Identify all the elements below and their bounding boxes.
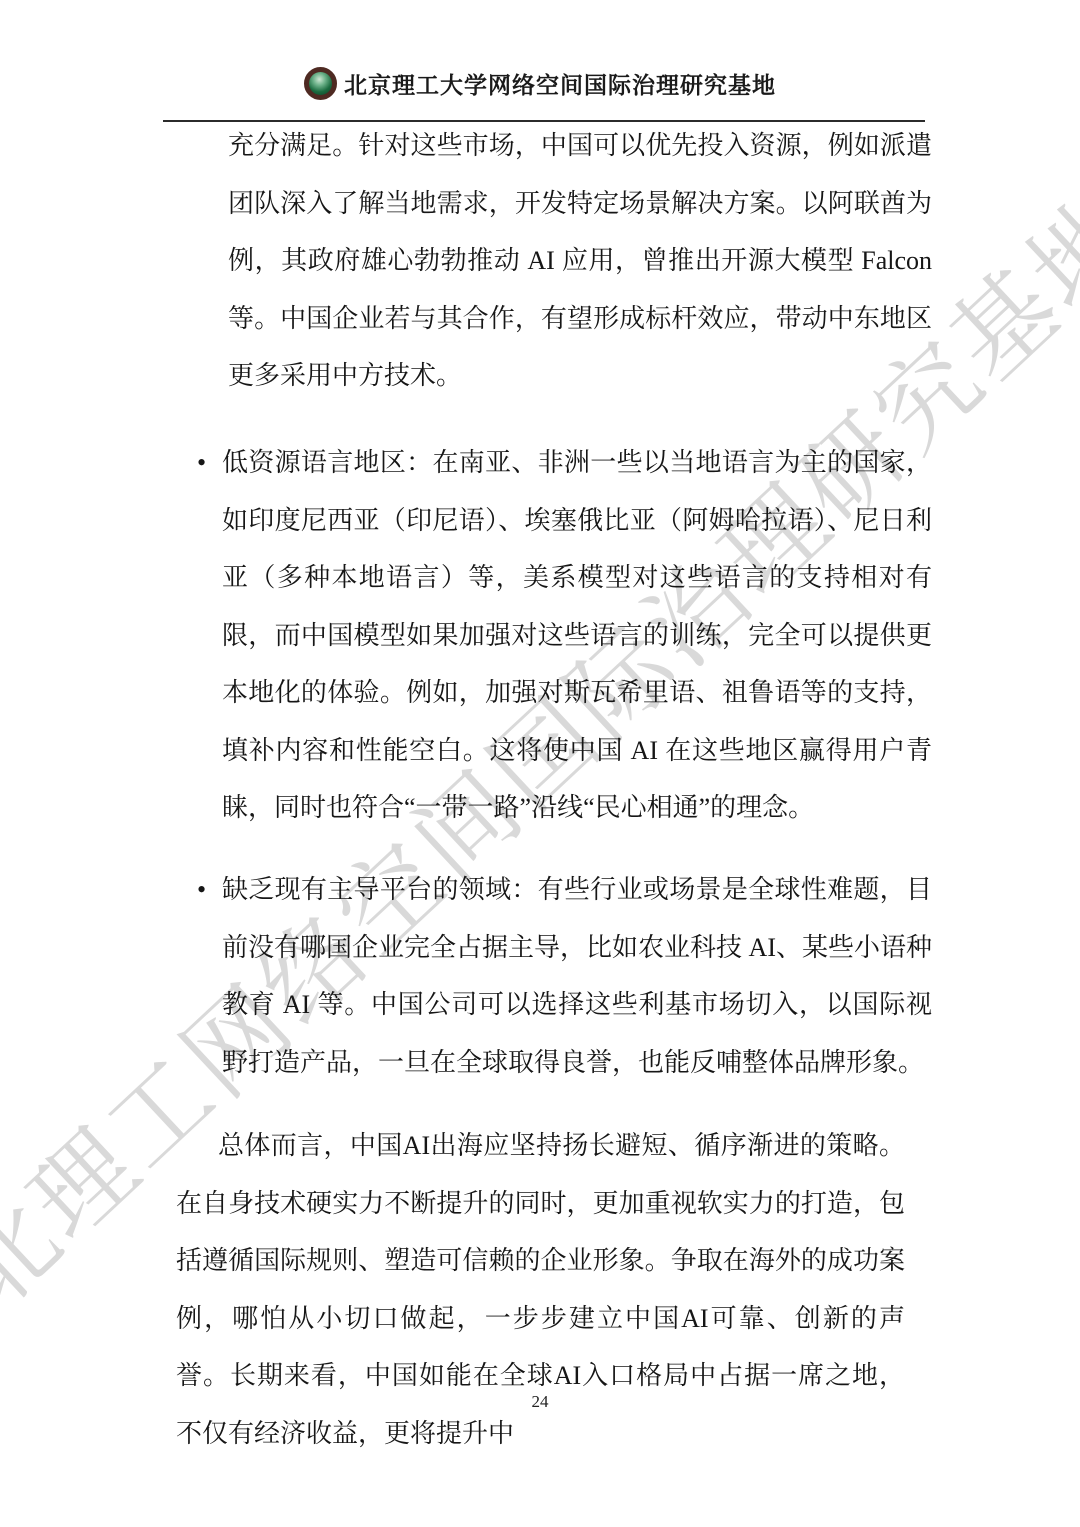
page-content: 北京理工大学网络空间国际治理研究基地 充分满足。针对这些市场，中国可以优先投入资… xyxy=(0,0,1080,1527)
bullet-text: 缺乏现有主导平台的领域：有些行业或场景是全球性难题，目前没有哪国企业完全占据主导… xyxy=(222,861,932,1091)
university-emblem-icon xyxy=(304,67,337,100)
bullet-item-no-dominant-platform: • 缺乏现有主导平台的领域：有些行业或场景是全球性难题，目前没有哪国企业完全占据… xyxy=(195,861,932,1091)
paragraph-continuation: 充分满足。针对这些市场，中国可以优先投入资源，例如派遣团队深入了解当地需求，开发… xyxy=(228,117,932,405)
bullet-marker: • xyxy=(197,861,206,919)
document-page: 北理工网络空间国际治理研究基地 北京理工大学网络空间国际治理研究基地 充分满足。… xyxy=(0,0,1080,1527)
bullet-marker: • xyxy=(197,434,206,492)
header-title: 北京理工大学网络空间国际治理研究基地 xyxy=(344,67,776,100)
page-header: 北京理工大学网络空间国际治理研究基地 xyxy=(0,67,1080,100)
bullet-item-low-resource-languages: • 低资源语言地区：在南亚、非洲一些以当地语言为主的国家，如印度尼西亚（印尼语）… xyxy=(195,434,932,837)
bullet-text: 低资源语言地区：在南亚、非洲一些以当地语言为主的国家，如印度尼西亚（印尼语）、埃… xyxy=(222,434,932,837)
page-number: 24 xyxy=(0,1392,1080,1412)
